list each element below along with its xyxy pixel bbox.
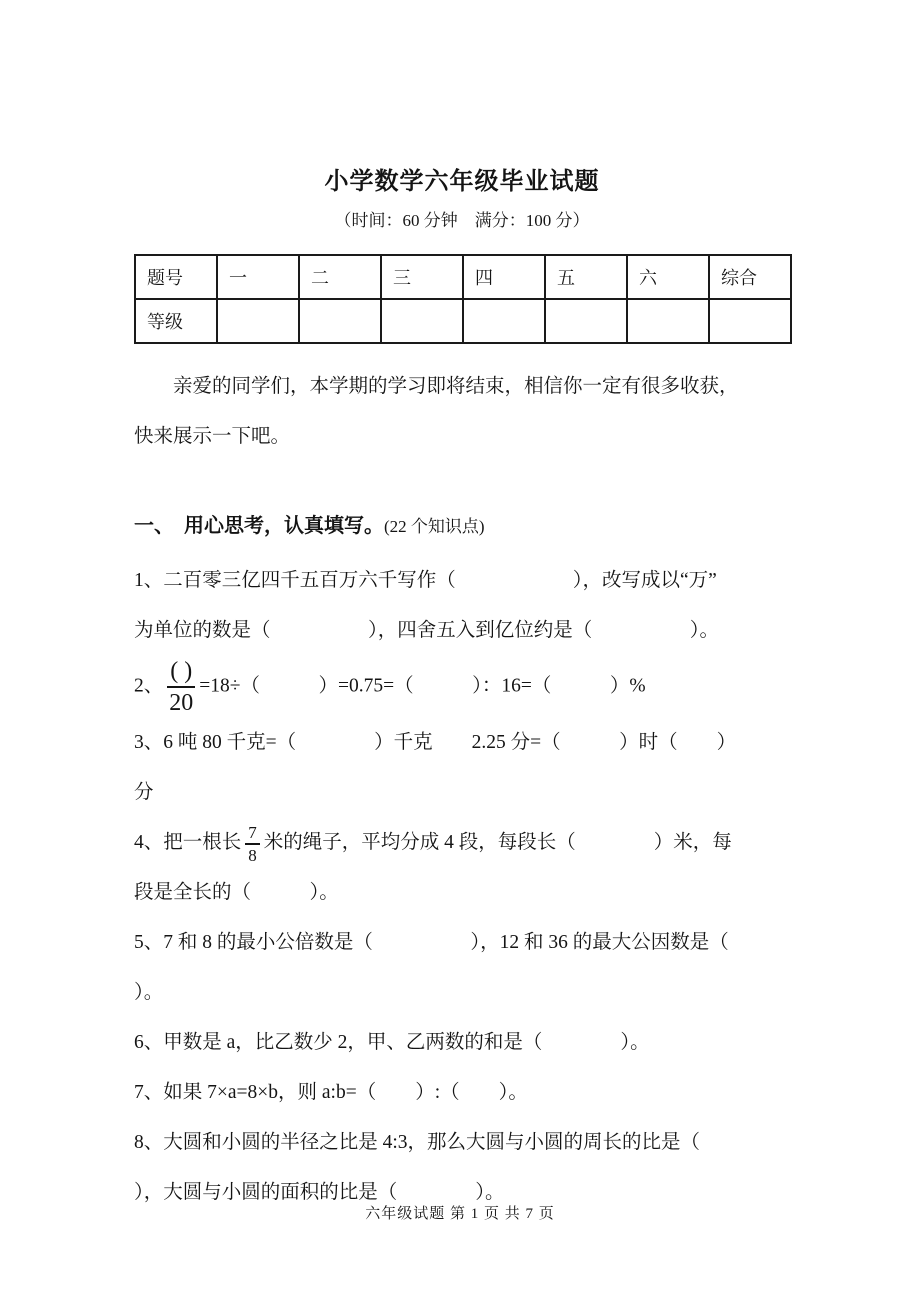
score-table-grade-row: 等级 <box>135 299 791 343</box>
question-text: 7、如果 7×a=8×b，则 a:b=（ ）:（ ）。 <box>134 1082 528 1103</box>
score-table-column-header: 四 <box>463 255 545 299</box>
q6-line: 6、甲数是 a，比乙数少 2，甲、乙两数的和是（ ）。 <box>134 1018 790 1068</box>
question-text: 8、大圆和小圆的半径之比是 4:3，那么大圆与小圆的周长的比是（ <box>134 1132 700 1153</box>
exam-page: 小学数学六年级毕业试题 （时间：60 分钟 满分：100 分） 题号一二三四五六… <box>0 0 920 1302</box>
page-title: 小学数学六年级毕业试题 <box>134 164 790 200</box>
fraction-numerator: ( ) <box>167 656 195 688</box>
q2-line: 2、( )20=18÷（ ）=0.75=（ ）：16=（ ）% <box>134 656 790 718</box>
question-text: 3、6 吨 80 千克=（ ）千克 2.25 分=（ ）时（ ） <box>134 732 736 753</box>
page-footer: 六年级试题 第 1 页 共 7 页 <box>0 1202 920 1223</box>
score-table-column-header: 一 <box>217 255 299 299</box>
q4-line: 段是全长的（ ）。 <box>134 868 790 918</box>
question-text: ）。 <box>134 982 163 1003</box>
fraction: 78 <box>245 822 260 866</box>
fraction-denominator: 20 <box>167 688 195 718</box>
intro-paragraph: 亲爱的同学们，本学期的学习即将结束，相信你一定有很多收获，快来展示一下吧。 <box>134 362 790 462</box>
exam-time-score-meta: （时间：60 分钟 满分：100 分） <box>134 206 790 236</box>
score-table-column-header: 综合 <box>709 255 791 299</box>
score-table-grade-cell <box>545 299 627 343</box>
score-table-grade-cell <box>709 299 791 343</box>
score-table-grade-cell <box>627 299 709 343</box>
score-table-grade-cell <box>381 299 463 343</box>
q3-line: 3、6 吨 80 千克=（ ）千克 2.25 分=（ ）时（ ） <box>134 718 790 768</box>
question-text: 6、甲数是 a，比乙数少 2，甲、乙两数的和是（ ）。 <box>134 1032 650 1053</box>
score-table-grade-cell <box>299 299 381 343</box>
question-text: 5、7 和 8 的最小公倍数是（ ），12 和 36 的最大公因数是（ <box>134 932 729 953</box>
fraction-denominator: 8 <box>245 845 260 866</box>
score-table-header-row: 题号一二三四五六综合 <box>135 255 791 299</box>
q4-line: 4、把一根长78米的绳子，平均分成 4 段，每段长（ ）米，每 <box>134 818 790 868</box>
question-text: 2、 <box>134 675 163 696</box>
question-text: 1、二百零三亿四千五百万六千写作（ ），改写成以“万” <box>134 570 717 591</box>
question-text: =18÷（ ）=0.75=（ ）：16=（ ）% <box>199 675 645 696</box>
score-table-column-header: 六 <box>627 255 709 299</box>
question-text: 4、把一根长 <box>134 832 241 853</box>
q1-line: 为单位的数是（ ），四舍五入到亿位约是（ ）。 <box>134 606 790 656</box>
q1-line: 1、二百零三亿四千五百万六千写作（ ），改写成以“万” <box>134 556 790 606</box>
score-table-grade-cell <box>463 299 545 343</box>
score-table-column-header: 五 <box>545 255 627 299</box>
score-table: 题号一二三四五六综合 等级 <box>134 254 792 344</box>
section-1-title: 一、 用心思考，认真填写。 <box>134 515 384 537</box>
score-table-grade-cell <box>217 299 299 343</box>
question-text: ），大圆与小圆的面积的比是（ ）。 <box>134 1182 505 1203</box>
section-1-heading: 一、 用心思考，认真填写。(22 个知识点) <box>134 504 790 550</box>
q7-line: 7、如果 7×a=8×b，则 a:b=（ ）:（ ）。 <box>134 1068 790 1118</box>
section-1-note: (22 个知识点) <box>384 517 485 536</box>
score-table-header-label: 题号 <box>135 255 217 299</box>
q8-line: 8、大圆和小圆的半径之比是 4:3，那么大圆与小圆的周长的比是（ <box>134 1118 790 1168</box>
fraction-numerator: 7 <box>245 822 260 845</box>
score-table-grade-label: 等级 <box>135 299 217 343</box>
intro-line: 亲爱的同学们，本学期的学习即将结束，相信你一定有很多收获， <box>134 362 790 412</box>
intro-line: 快来展示一下吧。 <box>134 412 790 462</box>
question-text: 段是全长的（ ）。 <box>134 882 339 903</box>
question-list: 1、二百零三亿四千五百万六千写作（ ），改写成以“万”为单位的数是（ ），四舍五… <box>134 556 790 1218</box>
score-table-column-header: 二 <box>299 255 381 299</box>
score-table-column-header: 三 <box>381 255 463 299</box>
question-text: 为单位的数是（ ），四舍五入到亿位约是（ ）。 <box>134 620 719 641</box>
q5-line: 5、7 和 8 的最小公倍数是（ ），12 和 36 的最大公因数是（ <box>134 918 790 968</box>
question-text: 米的绳子，平均分成 4 段，每段长（ ）米，每 <box>264 832 732 853</box>
q3-line: 分 <box>134 768 790 818</box>
q5-line: ）。 <box>134 968 790 1018</box>
fraction: ( )20 <box>167 656 195 718</box>
question-text: 分 <box>134 782 154 803</box>
